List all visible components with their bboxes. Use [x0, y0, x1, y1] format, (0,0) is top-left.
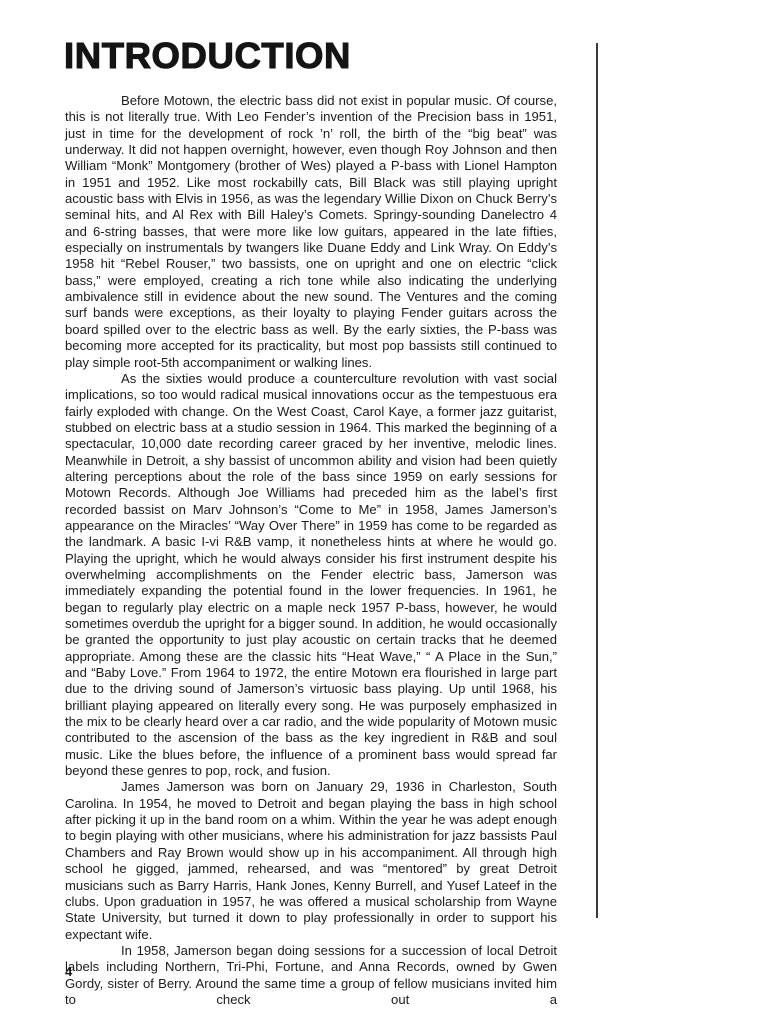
paragraph-2: As the sixties would produce a countercu…	[65, 371, 557, 780]
paragraph-1: Before Motown, the electric bass did not…	[65, 93, 557, 371]
body-text: Before Motown, the electric bass did not…	[65, 93, 557, 1008]
margin-rule	[596, 43, 598, 918]
page-title: INTRODUCTION	[64, 36, 351, 76]
paragraph-3: James Jamerson was born on January 29, 1…	[65, 779, 557, 942]
paragraph-4: In 1958, Jamerson began doing sessions f…	[65, 943, 557, 1008]
page-number: 4	[65, 964, 72, 979]
